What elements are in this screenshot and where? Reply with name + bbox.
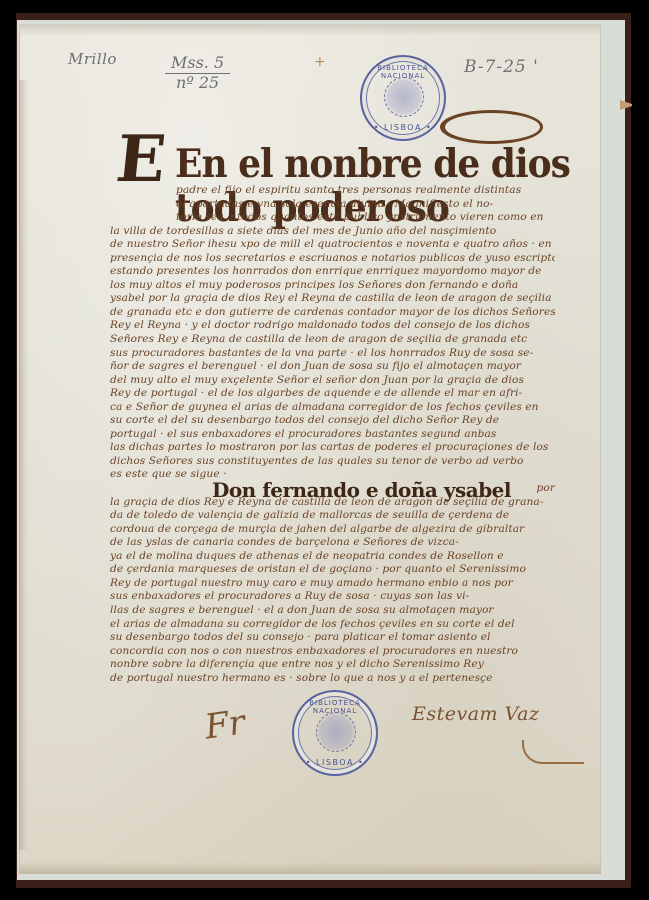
body-line: de çerdania marqueses de oristan el de g… <box>110 563 555 577</box>
body-line: portugal · el sus enbaxadores el procura… <box>110 428 555 442</box>
body-line: Rey de portugal · el de los algarbes de … <box>110 387 555 401</box>
sovereign-names: Don fernando e doña ysabel <box>212 478 511 502</box>
body-line: concordia con nos o con nuestros enbaxad… <box>110 645 555 659</box>
body-line: Rey el Reyna · y el doctor rodrigo maldo… <box>110 319 555 333</box>
stamp-bottom-text: • LISBOA • <box>362 123 444 132</box>
body-line: Señores Rey e Reyna de castilla de leon … <box>110 333 555 347</box>
pencil-mss-reference: Mss. 5 nº 25 <box>165 54 230 92</box>
stamp-seal-icon <box>384 77 424 117</box>
body-line: ca e Señor de guynea el arias de almadan… <box>110 401 555 415</box>
body-line: presençia de nos los secretarios e escri… <box>110 252 555 266</box>
body-line: su desenbargo todos del su consejo · par… <box>110 631 555 645</box>
body-line: llas de sagres e berenguel · el a don Ju… <box>110 604 555 618</box>
plus-mark: + <box>314 54 326 70</box>
body-line: la villa de tordesillas a siete dias del… <box>110 225 555 239</box>
body-line: ysabel por la graçia de dios Rey el Reyn… <box>110 292 555 306</box>
body-line: da de toledo de valençia de galizia de m… <box>110 509 555 523</box>
mss-line-2: nº 25 <box>165 74 230 92</box>
stamp-bottom-text: • LISBOA • <box>294 758 376 767</box>
signature-right: Estevam Vaz <box>412 703 539 725</box>
signature-flourish <box>522 740 584 764</box>
heading-flourish <box>440 110 543 144</box>
page-edge-left <box>19 80 29 850</box>
body-line: ñor de sagres el berenguel · el don Juan… <box>110 360 555 374</box>
body-line: sus procuradores bastantes de la vna par… <box>110 347 555 361</box>
body-line: el apartadas e vna sola esencia diuina ·… <box>110 198 555 212</box>
library-stamp-top: BIBLIOTECA NACIONAL • LISBOA • <box>360 55 446 141</box>
body-line: de las yslas de canaria condes de barçel… <box>110 536 555 550</box>
body-line: del muy alto el muy exçelente Señor el s… <box>110 374 555 388</box>
body-line: estando presentes los honrrados don enrr… <box>110 265 555 279</box>
page-edge-top <box>19 24 601 36</box>
body-line: su corte el del su desenbargo todos del … <box>110 414 555 428</box>
body-line: Rey de portugal nuestro muy caro e muy a… <box>110 577 555 591</box>
body-line: las dichas partes lo mostraron por las c… <box>110 441 555 455</box>
body-line: de nuestro Señor ihesu xpo de mill el qu… <box>110 238 555 252</box>
page-edge-bottom <box>19 862 601 874</box>
body-line: padre el fijo el espiritu santo tres per… <box>110 184 555 198</box>
body-line: cordoua de corçega de murçia de jahen de… <box>110 523 555 537</box>
body-line: torio sea a todos quantos este publico y… <box>110 211 555 225</box>
stamp-seal-icon <box>316 712 356 752</box>
body-line: el arias de almadana su corregidor de lo… <box>110 618 555 632</box>
body-line: de granada etc e don gutierre de cardena… <box>110 306 555 320</box>
mss-line-1: Mss. 5 <box>165 54 230 74</box>
body-line: de portugal nuestro hermano es · sobre l… <box>110 672 555 686</box>
body-line: ya el de molina duques de athenas el de … <box>110 550 555 564</box>
body-line: los muy altos el muy poderosos principes… <box>110 279 555 293</box>
pencil-call-number: B-7-25 ' <box>464 57 539 77</box>
body-line: nonbre sobre la diferençia que entre nos… <box>110 658 555 672</box>
signature-left: Fr <box>202 702 247 747</box>
pencil-shelf-note: Mrillo <box>68 50 117 68</box>
body-line: dichos Señores sus constituyentes de las… <box>110 455 555 469</box>
library-stamp-bottom: BIBLIOTECA NACIONAL • LISBOA • <box>292 690 378 776</box>
manuscript-body: padre el fijo el espiritu santo tres per… <box>110 184 555 685</box>
body-line: sus enbaxadores el procuradores a Ruy de… <box>110 590 555 604</box>
